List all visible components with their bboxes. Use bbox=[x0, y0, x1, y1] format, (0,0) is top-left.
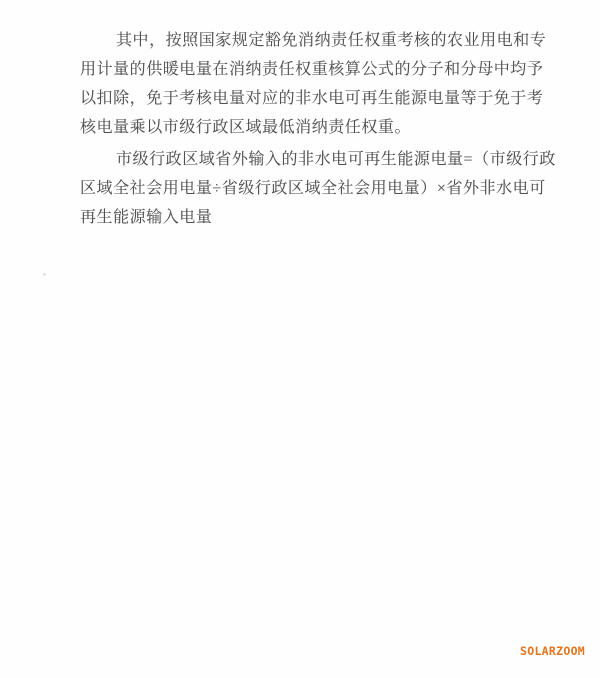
scan-artifact-speck bbox=[43, 273, 46, 276]
document-body: 其中，按照国家规定豁免消纳责任权重考核的农业用电和专 用计量的供暖电量在消纳责任… bbox=[80, 26, 550, 232]
text-line: 市级行政区域省外输入的非水电可再生能源电量=（市级行政 bbox=[80, 145, 550, 174]
scanned-document-page: 其中，按照国家规定豁免消纳责任权重考核的农业用电和专 用计量的供暖电量在消纳责任… bbox=[0, 0, 600, 678]
text-line: 其中，按照国家规定豁免消纳责任权重考核的农业用电和专 bbox=[80, 26, 550, 55]
text-line: 核电量乘以市级行政区域最低消纳责任权重。 bbox=[80, 113, 550, 142]
text-line: 区域全社会用电量÷省级行政区域全社会用电量）×省外非水电可 bbox=[80, 174, 550, 203]
paragraph-exemption-rule: 其中，按照国家规定豁免消纳责任权重考核的农业用电和专 用计量的供暖电量在消纳责任… bbox=[80, 26, 550, 142]
text-line: 用计量的供暖电量在消纳责任权重核算公式的分子和分母中均予 bbox=[80, 55, 550, 84]
paragraph-import-formula: 市级行政区域省外输入的非水电可再生能源电量=（市级行政 区域全社会用电量÷省级行… bbox=[80, 145, 550, 232]
text-line: 再生能源输入电量 bbox=[80, 203, 550, 232]
solarzoom-watermark: SOLARZOOM bbox=[520, 644, 585, 658]
text-line: 以扣除，免于考核电量对应的非水电可再生能源电量等于免于考 bbox=[80, 84, 550, 113]
